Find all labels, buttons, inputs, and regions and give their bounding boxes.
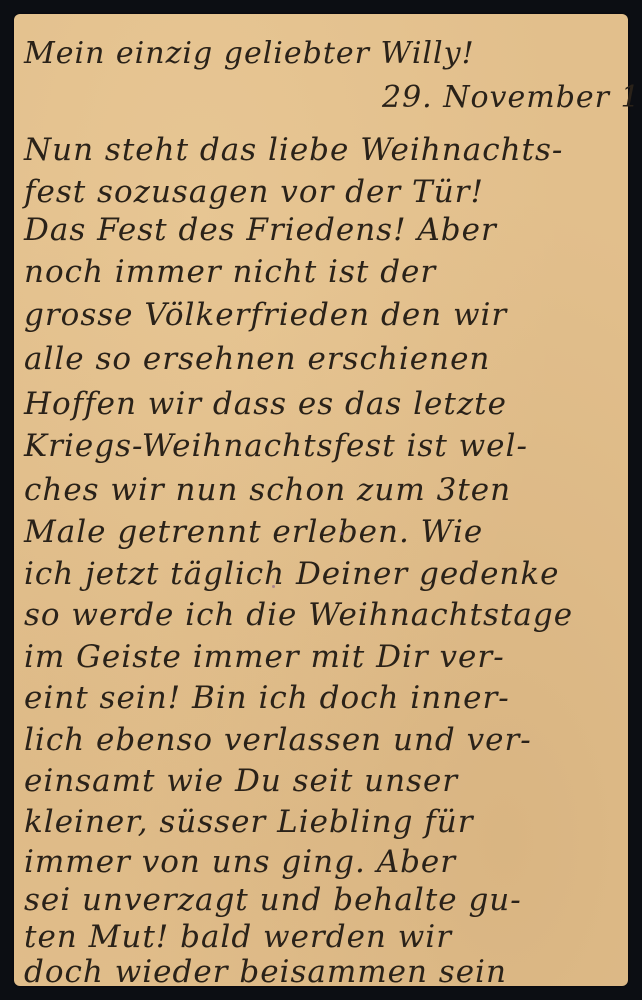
letter-line: kleiner, süsser Liebling für	[24, 804, 474, 840]
letter-line: ten Mut! bald werden wir	[24, 919, 452, 955]
letter-line: noch immer nicht ist der	[24, 254, 436, 290]
letter-line: Male getrennt erleben. Wie	[24, 514, 483, 550]
letter-line: alle so ersehnen erschienen	[24, 341, 490, 377]
letter-line: so werde ich die Weihnachtstage	[24, 597, 573, 633]
letter-line: grosse Völkerfrieden den wir	[24, 297, 507, 333]
letter-line: einsamt wie Du seit unser	[24, 763, 458, 799]
letter-line: sei unverzagt und behalte gu-	[24, 882, 522, 918]
letter-line: doch wieder beisammen sein	[24, 954, 507, 990]
letter-line: lich ebenso verlassen und ver-	[24, 722, 532, 758]
letter-line: immer von uns ging. Aber	[24, 844, 456, 880]
letter-line: Nun steht das liebe Weihnachts-	[24, 132, 563, 168]
postcard: Mein einzig geliebter Willy! 29. Novembe…	[14, 14, 628, 986]
letter-line: Hoffen wir dass es das letzte	[24, 386, 507, 422]
letter-line: Das Fest des Friedens! Aber	[24, 212, 497, 248]
salutation: Mein einzig geliebter Willy!	[24, 36, 475, 72]
ink-speck	[340, 532, 343, 535]
handwritten-letter: Mein einzig geliebter Willy! 29. Novembe…	[14, 14, 628, 986]
letter-line: Kriegs-Weihnachtsfest ist wel-	[24, 428, 528, 464]
letter-line: ches wir nun schon zum 3ten	[24, 472, 511, 508]
letter-date: 29. November 16.	[382, 80, 642, 116]
ink-speck	[272, 585, 275, 588]
letter-line: eint sein! Bin ich doch inner-	[24, 680, 510, 716]
letter-line: ich jetzt täglich Deiner gedenke	[24, 556, 560, 592]
letter-line: im Geiste immer mit Dir ver-	[24, 639, 505, 675]
letter-line: fest sozusagen vor der Tür!	[24, 174, 484, 210]
